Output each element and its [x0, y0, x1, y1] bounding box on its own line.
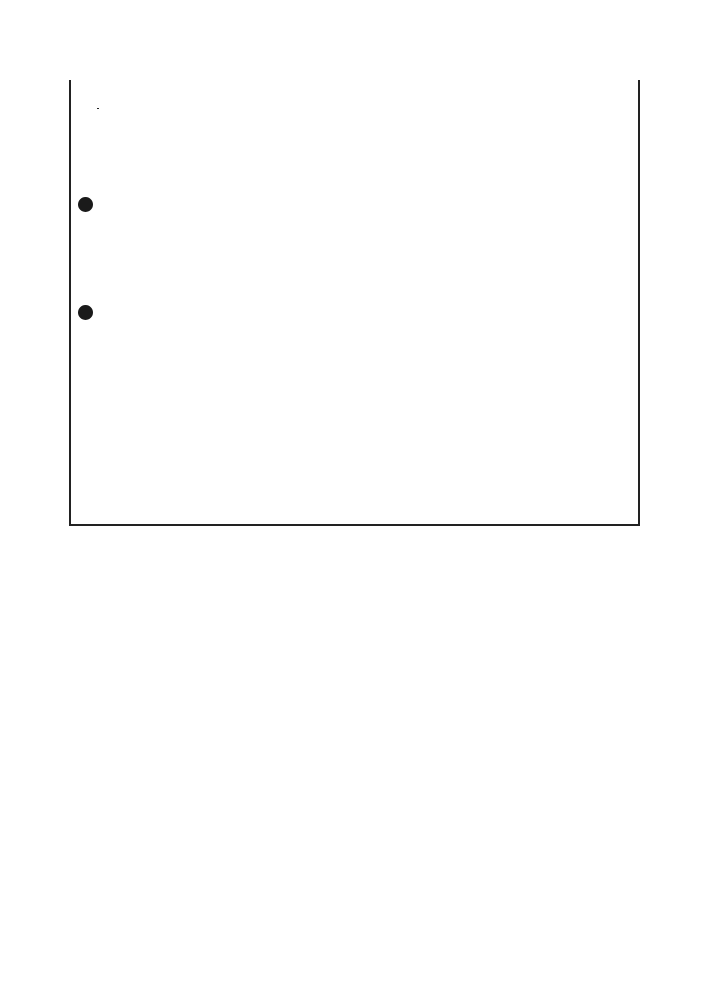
problem-8-q2 [89, 455, 92, 466]
fraction [97, 108, 99, 109]
problem-7-header [78, 197, 93, 212]
problem-box [69, 80, 640, 526]
problem-8-q1 [89, 413, 92, 424]
problem-6-2-line1 [90, 103, 99, 114]
fraction-numerator [97, 108, 99, 109]
problem-number-7-icon [78, 197, 93, 212]
problem-number-8-icon [78, 305, 93, 320]
problem-8-header [78, 305, 93, 320]
